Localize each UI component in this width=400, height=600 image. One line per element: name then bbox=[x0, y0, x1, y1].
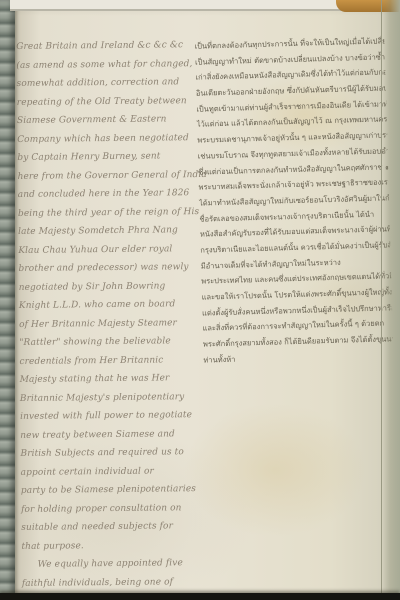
book-binding-edge bbox=[0, 0, 15, 600]
english-line: somewhat addition, correction and bbox=[16, 73, 196, 93]
english-line: Britannic Majesty's plenipotentiary bbox=[20, 388, 200, 408]
english-line: of Her Britannic Majesty Steamer bbox=[19, 314, 199, 334]
english-line: and concluded here in the Year 1826 bbox=[18, 184, 198, 204]
english-line: Company which has been negotiated bbox=[17, 129, 197, 149]
english-line: by Captain Henry Burney, sent bbox=[17, 147, 197, 167]
english-line: party to be Siamese plenipotentiaries bbox=[21, 480, 201, 500]
english-line: brother and predecessor) was newly bbox=[18, 258, 198, 278]
english-line: appoint certain individual or bbox=[21, 462, 201, 482]
page-fore-edge bbox=[381, 0, 400, 600]
english-line: "Rattler" showing the believable bbox=[19, 332, 199, 352]
english-line: here from the Governor General of India bbox=[17, 166, 197, 186]
english-line: that purpose. bbox=[21, 536, 201, 556]
english-line: suitable and needed subjects for bbox=[21, 517, 201, 537]
english-line: repeating of the Old Treaty between bbox=[17, 92, 197, 112]
english-line: Majesty stating that he was Her bbox=[20, 369, 200, 389]
english-line: invested with full power to negotiate bbox=[20, 406, 200, 426]
english-line: negotiated by Sir John Bowring bbox=[19, 277, 199, 297]
thai-text-column: เป็นที่ตกลงต้องกันทุกประการนั้น ที่จะให้… bbox=[194, 33, 393, 368]
english-line: Klau Chau Yuhua Our elder royal bbox=[18, 240, 198, 260]
english-line: Siamese Government & Eastern bbox=[17, 110, 197, 130]
english-line: We equally have appointed five bbox=[22, 554, 202, 574]
manuscript-photo: Great Britain and Ireland &c &c &c(as am… bbox=[0, 0, 400, 600]
photo-bottom-edge bbox=[0, 593, 400, 600]
english-line: for holding proper consultation on bbox=[21, 499, 201, 519]
english-line: Great Britain and Ireland &c &c &c bbox=[16, 36, 196, 56]
english-line: being the third year of the reign of His bbox=[18, 203, 198, 223]
manuscript-page: Great Britain and Ireland &c &c &c(as am… bbox=[0, 0, 400, 600]
english-text-column: Great Britain and Ireland &c &c &c(as am… bbox=[16, 36, 202, 593]
english-line: new treaty between Siamese and bbox=[20, 425, 200, 445]
english-line: Knight L.L.D. who came on board bbox=[19, 295, 199, 315]
english-line: British Subjects and required us to bbox=[20, 443, 200, 463]
english-line: (as amend as some what for changed, bbox=[16, 55, 196, 75]
english-line: credentials from Her Britannic bbox=[19, 351, 199, 371]
english-line: faithful individuals, being one of bbox=[22, 573, 202, 593]
english-line: late Majesty Somdetch Phra Nang bbox=[18, 221, 198, 241]
